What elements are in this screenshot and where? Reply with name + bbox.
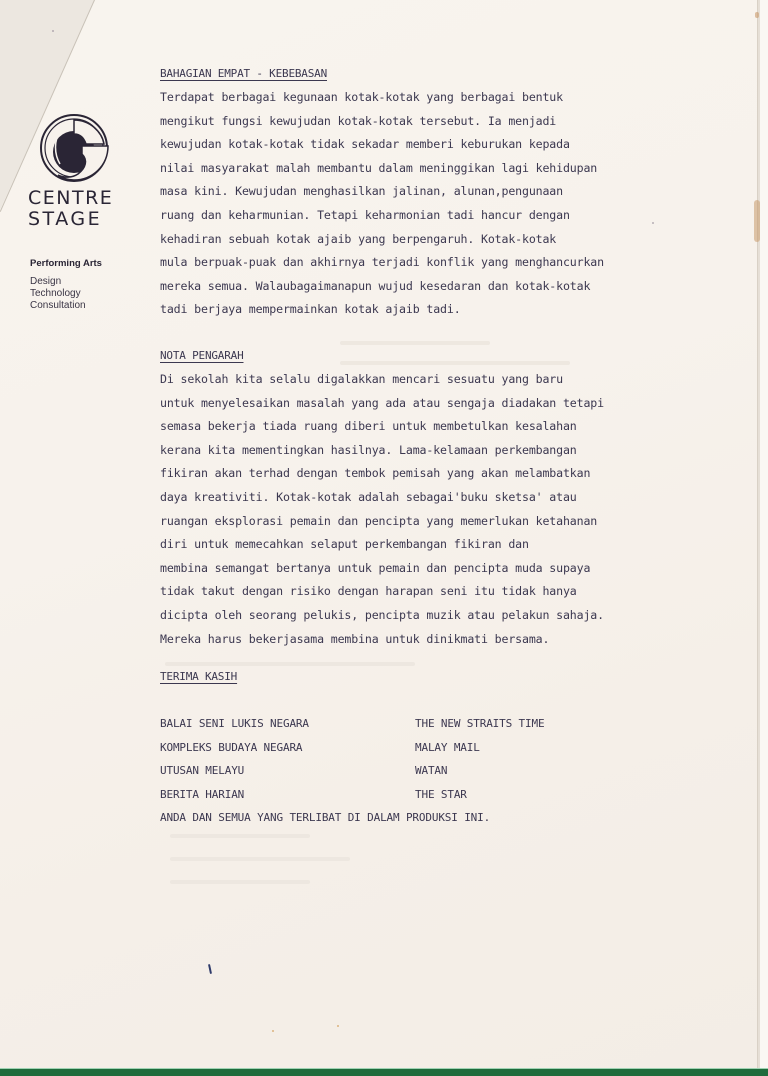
text-line: mereka semua. Walaubagaimanapun wujud ke… [160, 275, 604, 299]
service-item: Design [30, 276, 86, 288]
text-line: kehadiran sebuah kotak ajaib yang berpen… [160, 228, 604, 252]
credit-row: UTUSAN MELAYUWATAN [160, 759, 620, 783]
speck [272, 1030, 274, 1032]
credit-media: WATAN [415, 759, 447, 783]
text-line: Mereka harus bekerjasama membina untuk d… [160, 628, 604, 652]
text-line: membina semangat bertanya untuk pemain d… [160, 557, 604, 581]
show-through-mark [170, 834, 310, 838]
paper-stain [754, 200, 760, 242]
text-line: semasa bekerja tiada ruang diberi untuk … [160, 415, 604, 439]
scanned-page: CENTRE STAGE Performing Arts Design Tech… [0, 0, 768, 1068]
section-heading: BAHAGIAN EMPAT - KEBEBASAN [160, 67, 327, 80]
section-paragraph: Di sekolah kita selalu digalakkan mencar… [160, 368, 604, 651]
text-line: masa kini. Kewujudan menghasilkan jalina… [160, 180, 604, 204]
speck [652, 222, 654, 224]
text-line: kewujudan kotak-kotak tidak sekadar memb… [160, 133, 604, 157]
text-line: kerana kita mementingkan hasilnya. Lama-… [160, 439, 604, 463]
credits-list: BALAI SENI LUKIS NEGARATHE NEW STRAITS T… [160, 712, 620, 830]
text-line: mengikut fungsi kewujudan kotak-kotak te… [160, 110, 604, 134]
section-terima-kasih: TERIMA KASIH [160, 669, 237, 683]
text-line: untuk menyelesaikan masalah yang ada ata… [160, 392, 604, 416]
section-bahagian-empat: BAHAGIAN EMPAT - KEBEBASAN Terdapat berb… [160, 66, 604, 322]
tagline: Performing Arts [30, 258, 102, 269]
show-through-mark [340, 341, 490, 345]
text-line: Di sekolah kita selalu digalakkan mencar… [160, 368, 604, 392]
section-heading: TERIMA KASIH [160, 670, 237, 683]
ink-mark [208, 964, 212, 974]
brand-line-1: CENTRE [28, 188, 113, 209]
text-line: nilai masyarakat malah membantu dalam me… [160, 157, 604, 181]
speck [337, 1025, 339, 1027]
section-nota-pengarah: NOTA PENGARAH Di sekolah kita selalu dig… [160, 348, 604, 651]
credit-media: THE STAR [415, 783, 467, 807]
text-line: diri untuk memecahkan selaput perkembang… [160, 533, 604, 557]
closing-line: ANDA DAN SEMUA YANG TERLIBAT DI DALAM PR… [160, 806, 620, 830]
services-list: Design Technology Consultation [30, 276, 86, 312]
text-line: ruang dan keharmunian. Tetapi keharmonia… [160, 204, 604, 228]
credit-rows: BALAI SENI LUKIS NEGARATHE NEW STRAITS T… [160, 712, 620, 806]
centre-stage-logo-icon [38, 110, 116, 188]
credit-media: THE NEW STRAITS TIME [415, 712, 544, 736]
credit-organization: UTUSAN MELAYU [160, 759, 244, 783]
service-item: Technology [30, 288, 86, 300]
text-line: Terdapat berbagai kegunaan kotak-kotak y… [160, 86, 604, 110]
credit-row: KOMPLEKS BUDAYA NEGARAMALAY MAIL [160, 736, 620, 760]
credit-organization: BERITA HARIAN [160, 783, 244, 807]
scan-margin [760, 0, 768, 1068]
text-line: dicipta oleh seorang pelukis, pencipta m… [160, 604, 604, 628]
show-through-mark [165, 662, 415, 666]
show-through-mark [170, 880, 310, 884]
credit-media: MALAY MAIL [415, 736, 480, 760]
text-line: ruangan eksplorasi pemain dan pencipta y… [160, 510, 604, 534]
credit-row: BALAI SENI LUKIS NEGARATHE NEW STRAITS T… [160, 712, 620, 736]
show-through-mark [170, 857, 350, 861]
speck [52, 30, 54, 32]
text-line: tadi berjaya mempermainkan kotak ajaib t… [160, 298, 604, 322]
scanner-bottom-strip [0, 1068, 768, 1076]
brand-line-2: STAGE [28, 209, 113, 230]
credit-organization: KOMPLEKS BUDAYA NEGARA [160, 736, 302, 760]
service-item: Consultation [30, 300, 86, 312]
text-line: mula berpuak-puak dan akhirnya terjadi k… [160, 251, 604, 275]
credit-organization: BALAI SENI LUKIS NEGARA [160, 712, 309, 736]
text-line: fikiran akan terhad dengan tembok pemisa… [160, 462, 604, 486]
text-line: tidak takut dengan risiko dengan harapan… [160, 580, 604, 604]
section-paragraph: Terdapat berbagai kegunaan kotak-kotak y… [160, 86, 604, 322]
paper-stain [755, 12, 759, 18]
text-line: daya kreativiti. Kotak-kotak adalah seba… [160, 486, 604, 510]
section-heading: NOTA PENGARAH [160, 349, 244, 362]
brand-name: CENTRE STAGE [28, 188, 113, 230]
credit-row: BERITA HARIANTHE STAR [160, 783, 620, 807]
